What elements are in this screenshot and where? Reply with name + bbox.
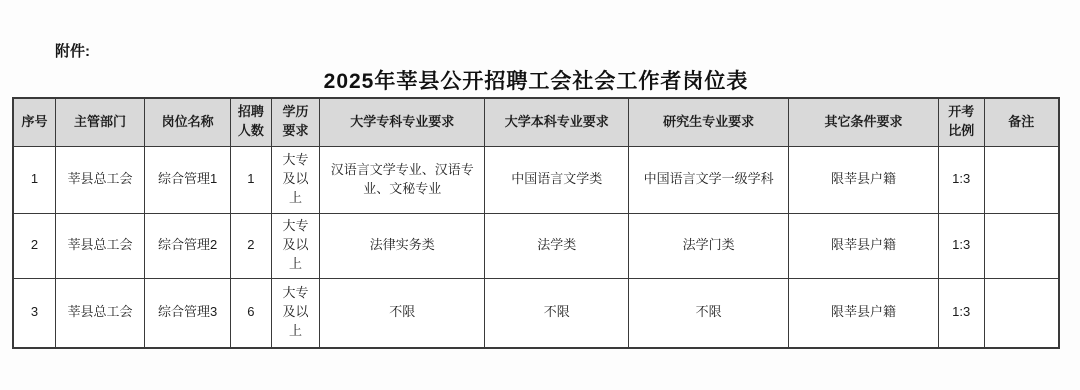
header-cell-seq: 序号 [13, 98, 56, 146]
cell-education: 大专及以上 [271, 278, 320, 348]
cell-headcount: 1 [231, 146, 272, 213]
cell-seq: 3 [13, 278, 56, 348]
header-cell-department: 主管部门 [56, 98, 145, 146]
header-cell-education: 学历要求 [271, 98, 320, 146]
header-cell-remarks: 备注 [984, 98, 1059, 146]
job-positions-table: 序号 主管部门 岗位名称 招聘人数 学历要求 大学专科专业要求 大学本科专业要求… [12, 97, 1060, 349]
cell-headcount: 6 [231, 278, 272, 348]
cell-seq: 1 [13, 146, 56, 213]
cell-department: 莘县总工会 [56, 278, 145, 348]
document-page: 附件: 2025年莘县公开招聘工会社会工作者岗位表 序号 主管部门 岗位名称 招… [0, 0, 1080, 390]
cell-other-conditions: 限莘县户籍 [789, 146, 939, 213]
table-row: 1 莘县总工会 综合管理1 1 大专及以上 汉语言文学专业、汉语专业、文秘专业 … [13, 146, 1059, 213]
cell-exam-ratio: 1:3 [938, 146, 984, 213]
cell-bachelor-major: 法学类 [485, 213, 629, 278]
cell-remarks [984, 146, 1059, 213]
cell-graduate-major: 法学门类 [629, 213, 789, 278]
cell-exam-ratio: 1:3 [938, 213, 984, 278]
header-cell-other-conditions: 其它条件要求 [789, 98, 939, 146]
cell-department: 莘县总工会 [56, 146, 145, 213]
cell-position: 综合管理2 [145, 213, 231, 278]
header-cell-associate-major: 大学专科专业要求 [320, 98, 485, 146]
cell-headcount: 2 [231, 213, 272, 278]
cell-associate-major: 汉语言文学专业、汉语专业、文秘专业 [320, 146, 485, 213]
header-cell-graduate-major: 研究生专业要求 [629, 98, 789, 146]
cell-education: 大专及以上 [271, 213, 320, 278]
table-row: 2 莘县总工会 综合管理2 2 大专及以上 法律实务类 法学类 法学门类 限莘县… [13, 213, 1059, 278]
cell-graduate-major: 中国语言文学一级学科 [629, 146, 789, 213]
table-header-row: 序号 主管部门 岗位名称 招聘人数 学历要求 大学专科专业要求 大学本科专业要求… [13, 98, 1059, 146]
cell-remarks [984, 213, 1059, 278]
cell-seq: 2 [13, 213, 56, 278]
cell-department: 莘县总工会 [56, 213, 145, 278]
cell-other-conditions: 限莘县户籍 [789, 278, 939, 348]
cell-bachelor-major: 不限 [485, 278, 629, 348]
cell-bachelor-major: 中国语言文学类 [485, 146, 629, 213]
cell-associate-major: 法律实务类 [320, 213, 485, 278]
cell-position: 综合管理1 [145, 146, 231, 213]
cell-exam-ratio: 1:3 [938, 278, 984, 348]
cell-position: 综合管理3 [145, 278, 231, 348]
cell-education: 大专及以上 [271, 146, 320, 213]
header-cell-exam-ratio: 开考比例 [938, 98, 984, 146]
table-row: 3 莘县总工会 综合管理3 6 大专及以上 不限 不限 不限 限莘县户籍 1:3 [13, 278, 1059, 348]
attachment-label: 附件: [55, 40, 90, 61]
header-cell-bachelor-major: 大学本科专业要求 [485, 98, 629, 146]
cell-remarks [984, 278, 1059, 348]
cell-associate-major: 不限 [320, 278, 485, 348]
header-cell-position: 岗位名称 [145, 98, 231, 146]
page-title: 2025年莘县公开招聘工会社会工作者岗位表 [12, 65, 1060, 95]
header-cell-headcount: 招聘人数 [231, 98, 272, 146]
cell-other-conditions: 限莘县户籍 [789, 213, 939, 278]
cell-graduate-major: 不限 [629, 278, 789, 348]
